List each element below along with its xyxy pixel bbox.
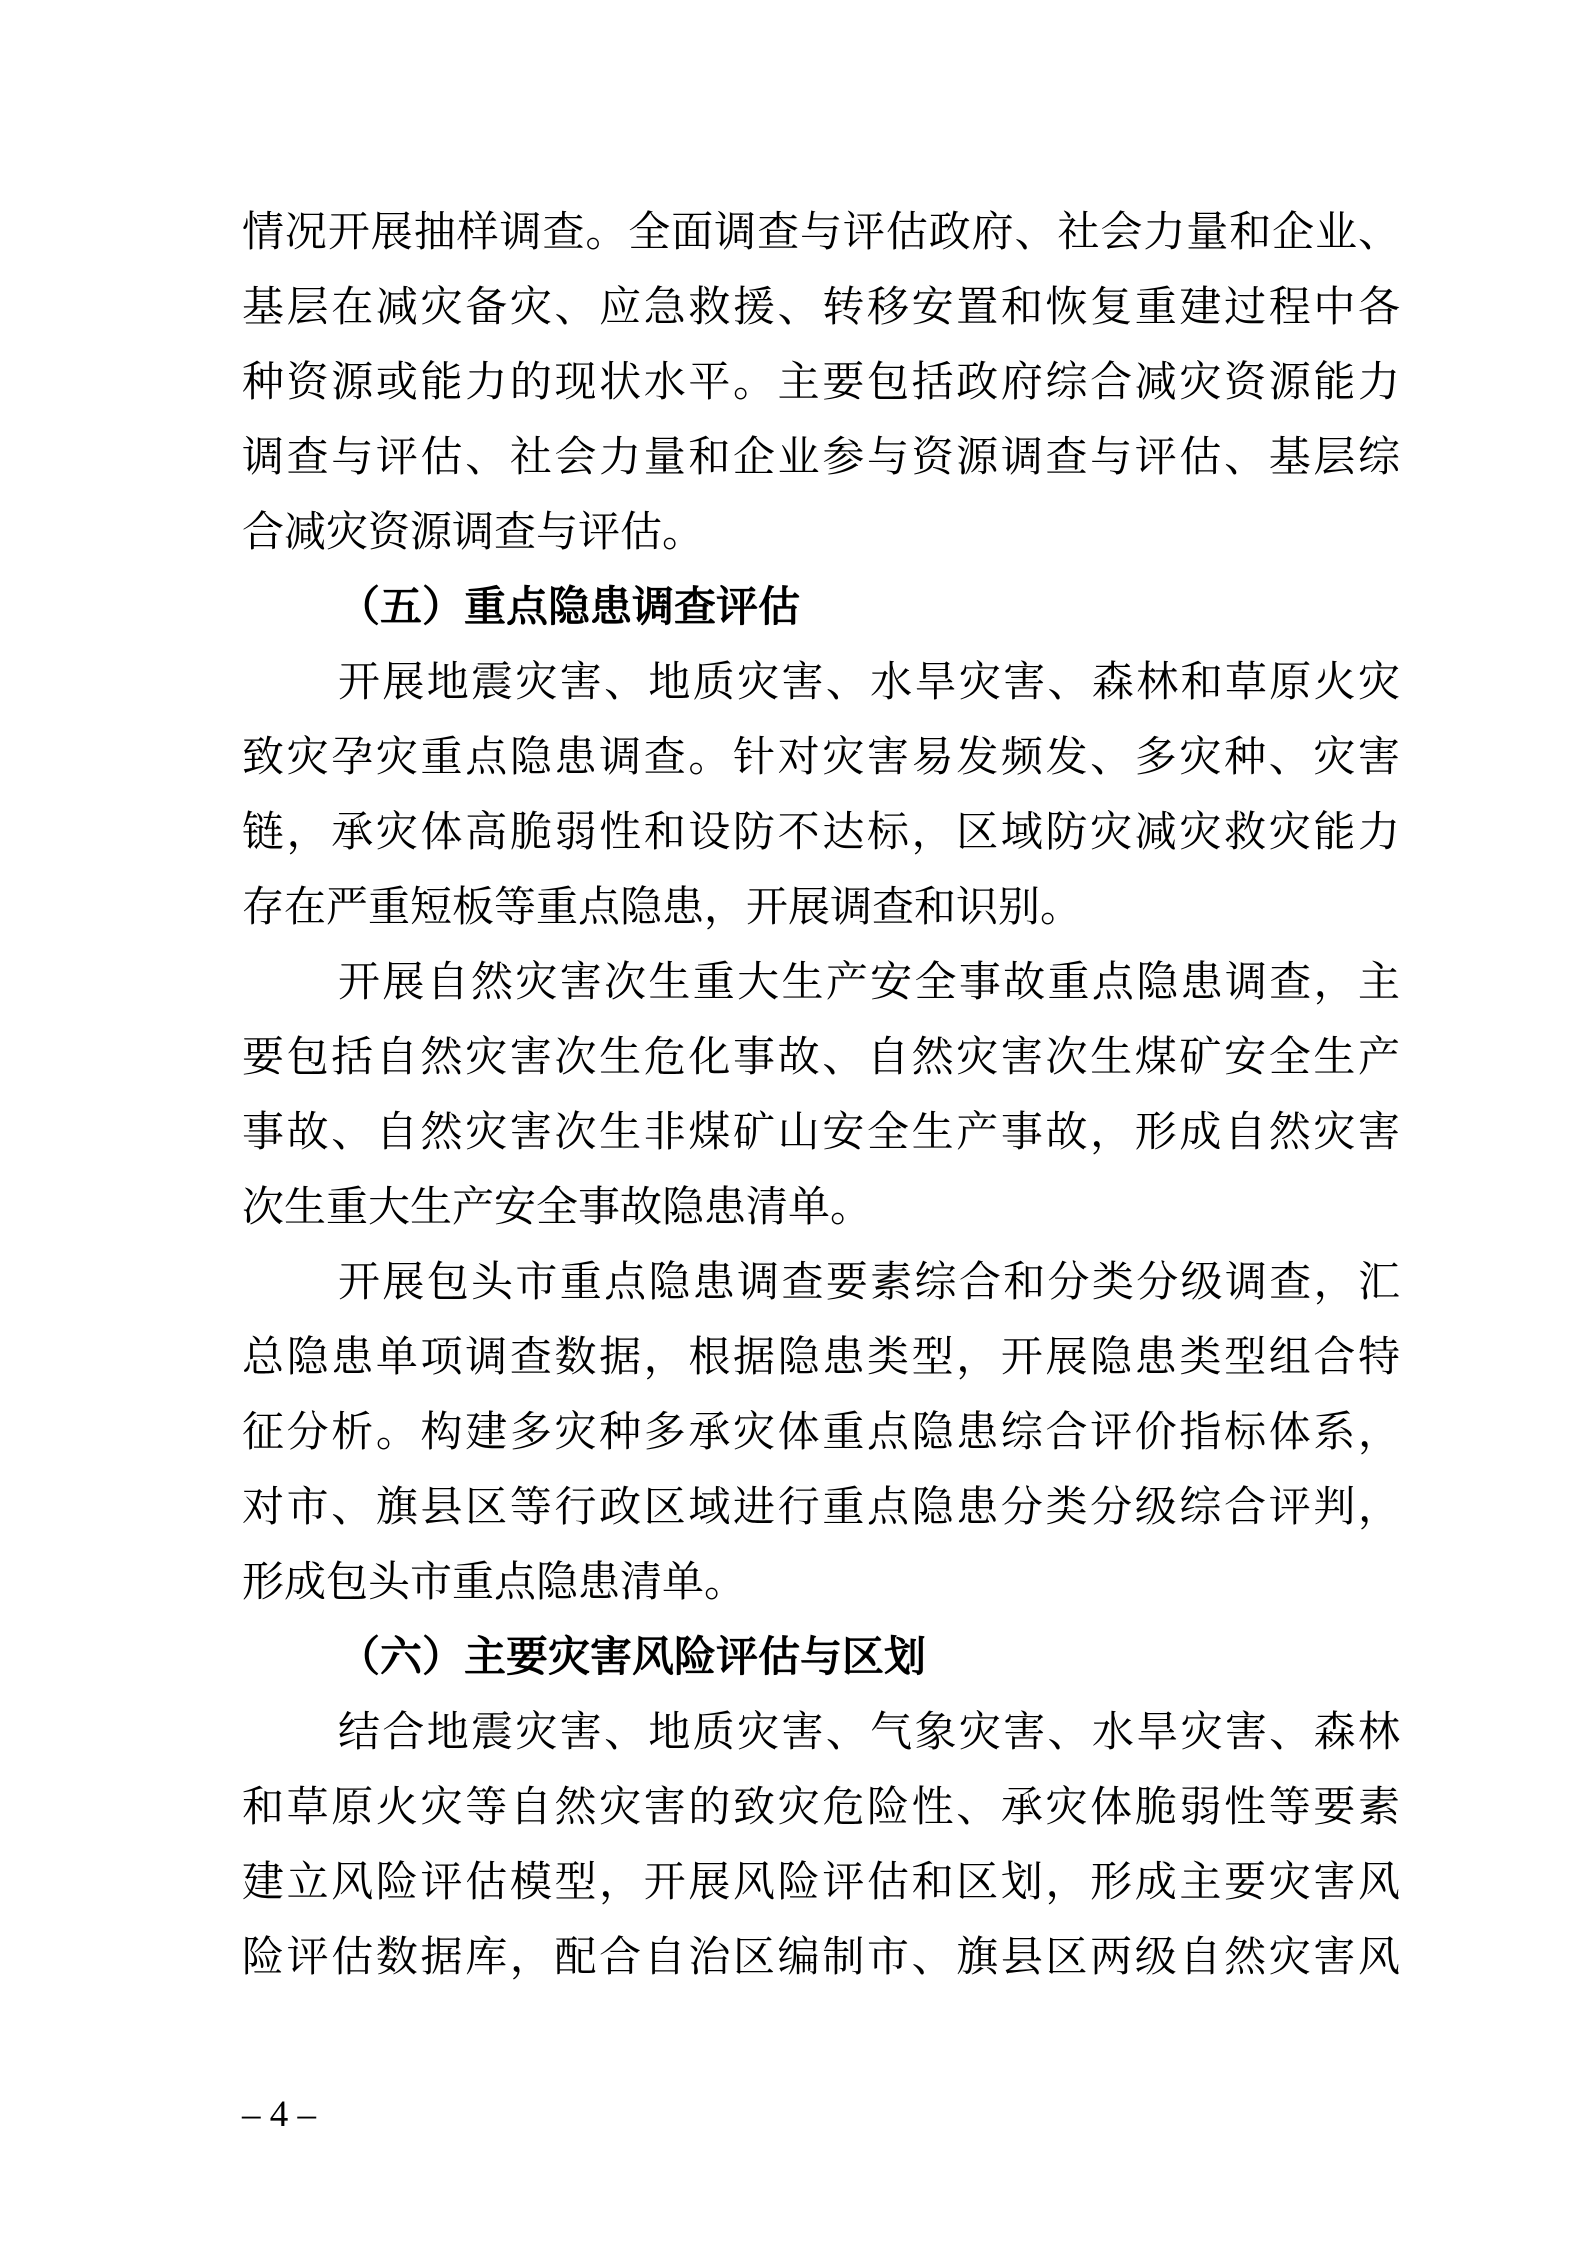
page-number: – 4 –: [242, 2091, 316, 2139]
text-line: 合减灾资源调查与评估。: [242, 496, 1400, 571]
text-line: 次生重大生产安全事故隐患清单。: [242, 1171, 1400, 1246]
text-line: 种资源或能力的现状水平。主要包括政府综合减灾资源能力: [242, 346, 1400, 421]
text-line: 存在严重短板等重点隐患，开展调查和识别。: [242, 871, 1400, 946]
text-line: 基层在减灾备灾、应急救援、转移安置和恢复重建过程中各: [242, 271, 1400, 346]
section-heading: （五）重点隐患调查评估: [242, 571, 1400, 646]
text-line: 形成包头市重点隐患清单。: [242, 1546, 1400, 1621]
text-line: 事故、自然灾害次生非煤矿山安全生产事故，形成自然灾害: [242, 1096, 1400, 1171]
document-page: 情况开展抽样调查。全面调查与评估政府、社会力量和企业、 基层在减灾备灾、应急救援…: [0, 0, 1587, 2245]
text-line: 险评估数据库，配合自治区编制市、旗县区两级自然灾害风: [242, 1921, 1400, 1996]
text-line: 对市、旗县区等行政区域进行重点隐患分类分级综合评判，: [242, 1471, 1400, 1546]
text-line: 链，承灾体高脆弱性和设防不达标，区域防灾减灾救灾能力: [242, 796, 1400, 871]
text-line: 和草原火灾等自然灾害的致灾危险性、承灾体脆弱性等要素: [242, 1771, 1400, 1846]
text-line: 开展自然灾害次生重大生产安全事故重点隐患调查，主: [242, 946, 1400, 1021]
document-body: 情况开展抽样调查。全面调查与评估政府、社会力量和企业、 基层在减灾备灾、应急救援…: [242, 196, 1400, 1996]
text-line: 结合地震灾害、地质灾害、气象灾害、水旱灾害、森林: [242, 1696, 1400, 1771]
text-line: 情况开展抽样调查。全面调查与评估政府、社会力量和企业、: [242, 196, 1400, 271]
text-line: 开展包头市重点隐患调查要素综合和分类分级调查，汇: [242, 1246, 1400, 1321]
text-line: 征分析。构建多灾种多承灾体重点隐患综合评价指标体系，: [242, 1396, 1400, 1471]
text-line: 要包括自然灾害次生危化事故、自然灾害次生煤矿安全生产: [242, 1021, 1400, 1096]
text-line: 总隐患单项调查数据，根据隐患类型，开展隐患类型组合特: [242, 1321, 1400, 1396]
text-line: 开展地震灾害、地质灾害、水旱灾害、森林和草原火灾: [242, 646, 1400, 721]
text-line: 建立风险评估模型，开展风险评估和区划，形成主要灾害风: [242, 1846, 1400, 1921]
text-line: 调查与评估、社会力量和企业参与资源调查与评估、基层综: [242, 421, 1400, 496]
section-heading: （六）主要灾害风险评估与区划: [242, 1621, 1400, 1696]
text-line: 致灾孕灾重点隐患调查。针对灾害易发频发、多灾种、灾害: [242, 721, 1400, 796]
